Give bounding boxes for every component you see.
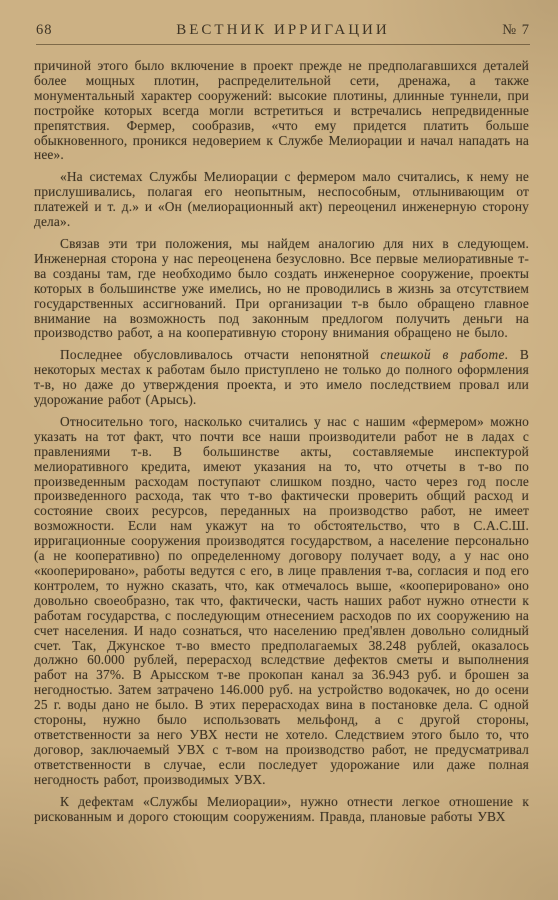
paragraph-continuation: причиной этого было включение в проект п… xyxy=(34,59,529,163)
paragraph-farmer-facts: Относительно того, насколько считались у… xyxy=(34,415,529,788)
paragraph-haste-lead: Последнее обусловливалось отчасти непоня… xyxy=(60,347,380,362)
paragraph-defects: К дефектам «Службы Мелиорации», нужно от… xyxy=(34,795,529,825)
paragraph-haste: Последнее обусловливалось отчасти непоня… xyxy=(34,348,529,408)
paragraph-analogy: Связав эти три положения, мы найдем анал… xyxy=(34,237,529,341)
journal-title: ВЕСТНИК ИРРИГАЦИИ xyxy=(106,22,460,39)
scanned-journal-page: 68 ВЕСТНИК ИРРИГАЦИИ № 7 причиной этого … xyxy=(0,0,558,900)
page-header: 68 ВЕСТНИК ИРРИГАЦИИ № 7 xyxy=(36,22,530,45)
paragraph-haste-emphasis: спешкой в работе. xyxy=(380,347,508,362)
issue-number: № 7 xyxy=(460,22,530,39)
page-number: 68 xyxy=(36,22,106,39)
article-text: причиной этого было включение в проект п… xyxy=(34,59,529,824)
paragraph-quote: «На системах Службы Мелиорации с фермеро… xyxy=(34,170,529,230)
